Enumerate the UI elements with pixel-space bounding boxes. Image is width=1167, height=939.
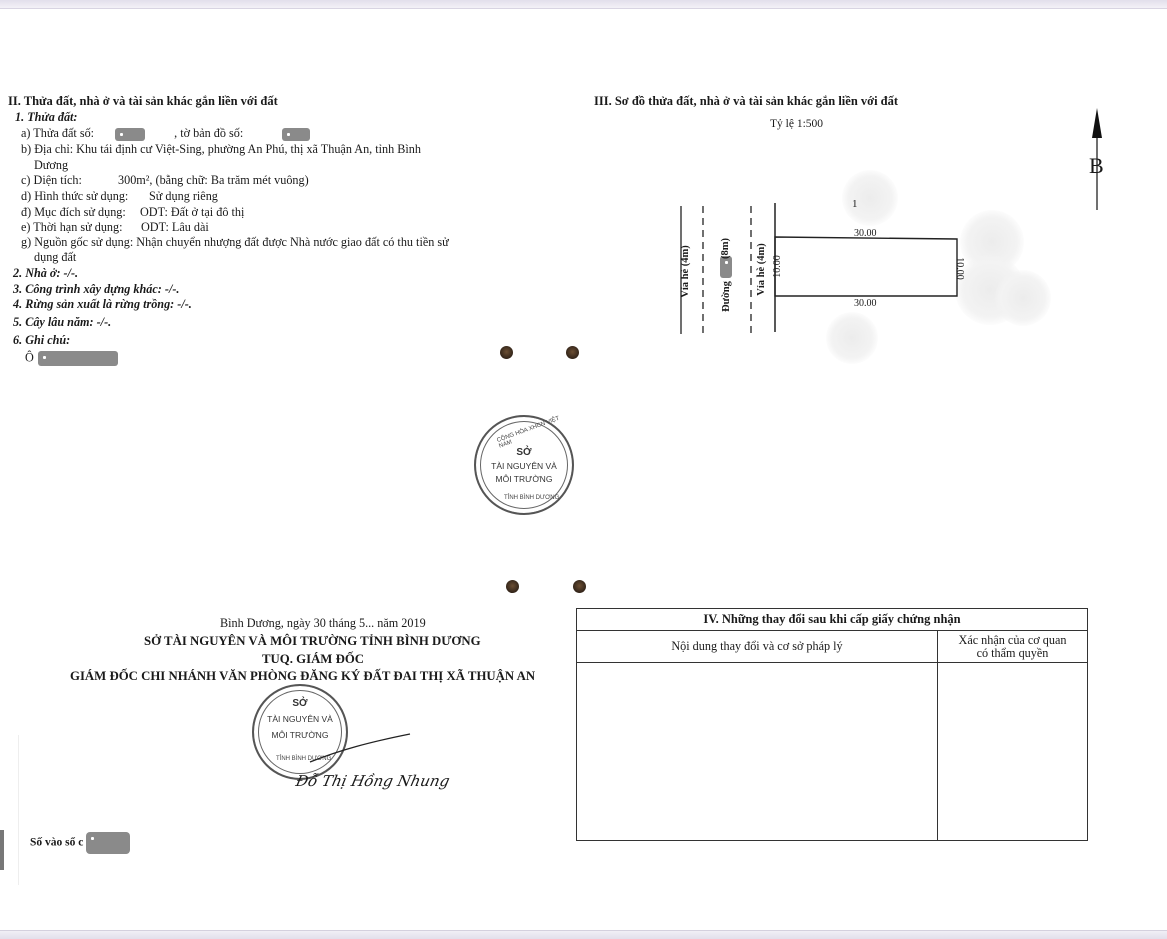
stamp-line: SỞ [476,447,572,458]
stamp-line: SỞ [254,698,346,709]
changes-table-title: IV. Những thay đổi sau khi cấp giấy chứn… [577,609,1088,631]
registry-row: Số vào sổ c [30,832,130,854]
changes-content-cell [577,663,938,841]
changes-table: IV. Những thay đổi sau khi cấp giấy chứn… [576,608,1088,841]
date-line: Bình Dương, ngày 30 tháng 5... năm 2019 [220,617,426,630]
sidewalk-label-left: Vỉa hè (4m) [679,245,692,298]
confirmation-cell [938,663,1088,841]
signature-stroke [300,720,420,770]
col-header-confirmation: Xác nhận của cơ quan có thẩm quyền [938,631,1088,663]
north-label: B [1089,155,1104,177]
redacted-road-name [720,256,732,278]
issuing-org: SỞ TÀI NGUYÊN VÀ MÔI TRƯỜNG TỈNH BÌNH DƯ… [144,635,481,648]
road-width-label: (8m) [719,238,732,259]
col-header-confirmation-line2: có thẩm quyền [938,647,1087,660]
col-header-changes: Nội dung thay đổi và cơ sở pháp lý [577,631,938,663]
sidewalk-label-right: Vỉa hè (4m) [755,243,768,296]
window-bottom-edge [0,930,1167,939]
dim-left: 10.00 [771,255,784,278]
col-header-confirmation-line1: Xác nhận của cơ quan [938,634,1087,647]
dim-top: 30.00 [854,227,877,240]
official-stamp: CỘNG HÒA XHCN VIỆT NAM SỞ TÀI NGUYÊN VÀ … [474,415,574,515]
signer-position: GIÁM ĐỐC CHI NHÁNH VĂN PHÒNG ĐĂNG KÝ ĐẤT… [70,670,535,683]
road-label: Đường [720,281,733,312]
stamp-line: TÀI NGUYÊN VÀ [476,461,572,471]
dim-bottom: 30.00 [854,297,877,310]
stamp-ring-text: TỈNH BÌNH DƯƠNG [504,495,559,501]
parcel-number: 1 [852,198,858,211]
signer-name: Đỗ Thị Hồng Nhung [295,775,451,788]
page-edge-shadow [0,830,4,870]
registry-label: Số vào sổ c [30,837,83,849]
redacted-registry-number [86,832,130,854]
tuq-label: TUQ. GIÁM ĐỐC [262,653,364,666]
stamp-line: MÔI TRƯỜNG [476,474,572,484]
stamp-ring-text: CỘNG HÒA XHCN VIỆT NAM [496,412,572,449]
dim-right: 10.00 [953,257,966,280]
